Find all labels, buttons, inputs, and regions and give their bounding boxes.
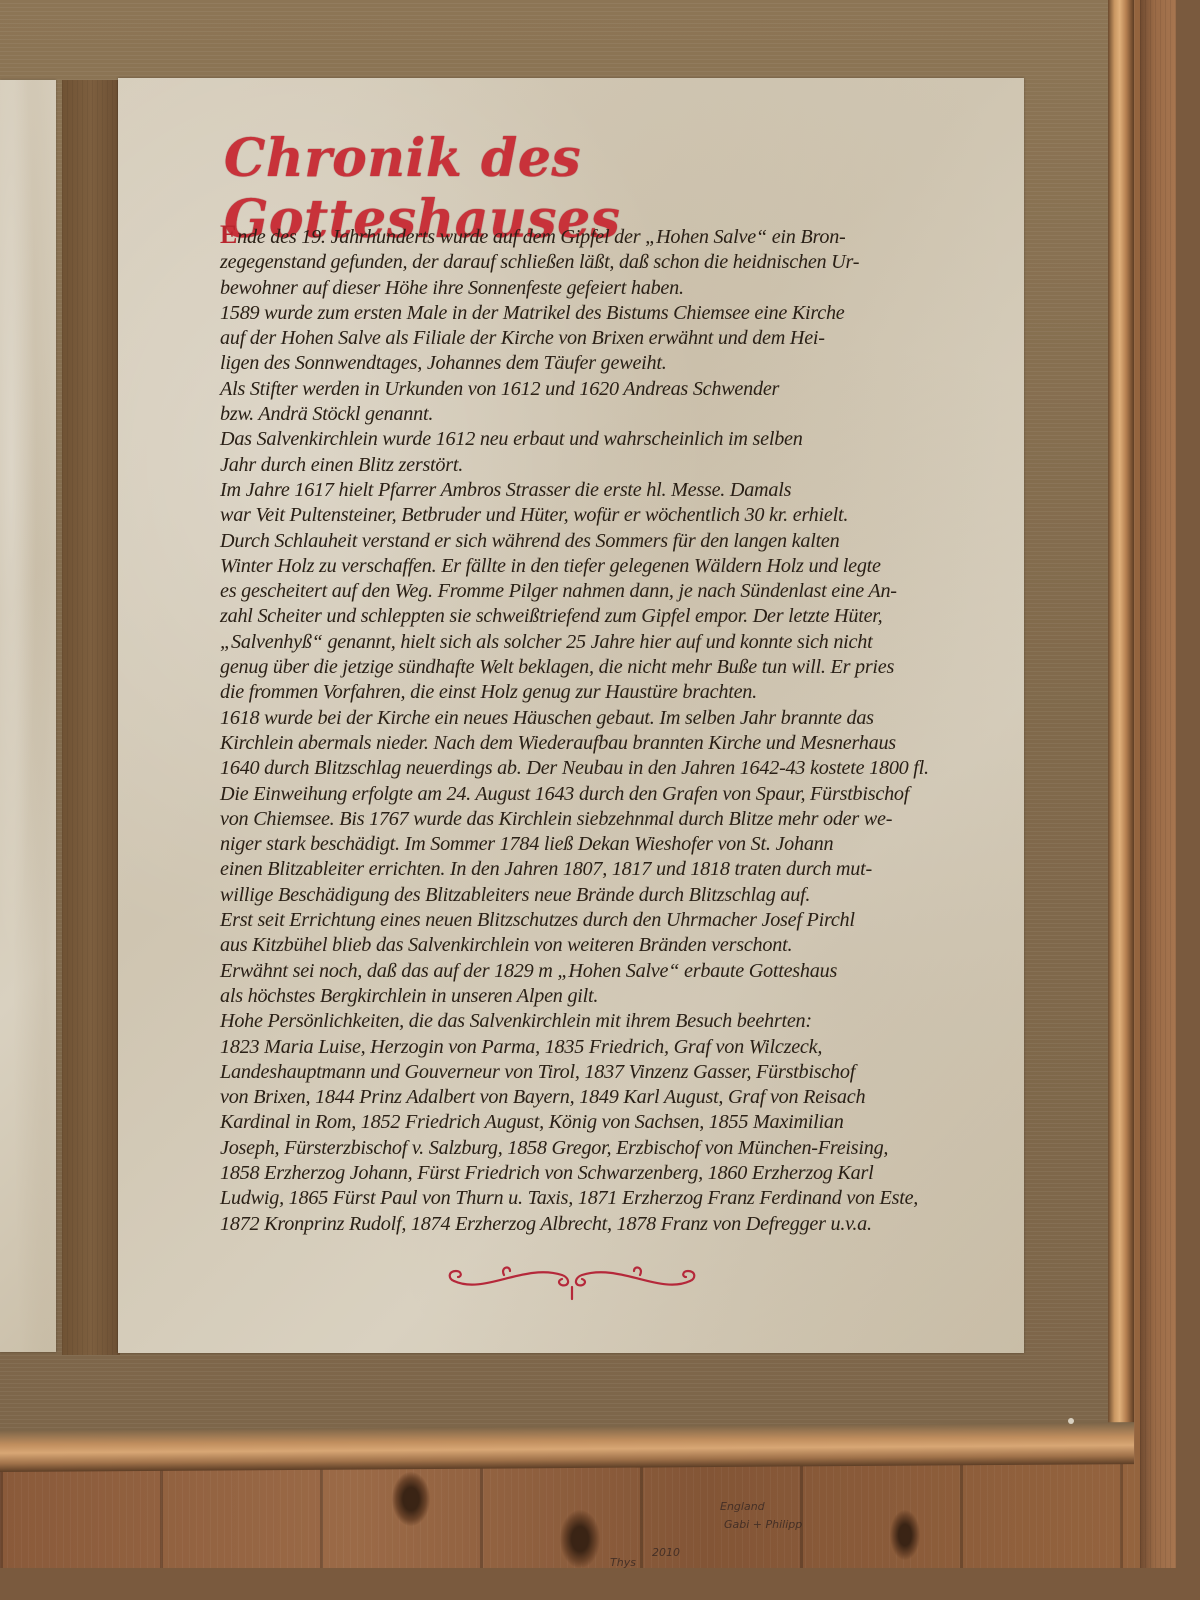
text-line: willige Beschädigung des Blitzableiters …	[220, 883, 980, 908]
text-line: Im Jahre 1617 hielt Pfarrer Ambros Stras…	[220, 478, 980, 503]
text-line: als höchstes Bergkirchlein in unseren Al…	[220, 984, 980, 1009]
text-line: Als Stifter werden in Urkunden von 1612 …	[220, 377, 980, 402]
text-line: niger stark beschädigt. Im Sommer 1784 l…	[220, 832, 980, 857]
text-line: 1589 wurde zum ersten Male in der Matrik…	[220, 301, 980, 326]
text-line: 1618 wurde bei der Kirche ein neues Häus…	[220, 706, 980, 731]
graffiti-text: 2010	[652, 1546, 680, 1559]
frame-nail	[1068, 1418, 1074, 1424]
text-line: von Brixen, 1844 Prinz Adalbert von Baye…	[220, 1085, 980, 1110]
text-line: Das Salvenkirchlein wurde 1612 neu erbau…	[220, 427, 980, 452]
text-line: 1640 durch Blitzschlag neuerdings ab. De…	[220, 756, 980, 781]
text-line: bewohner auf dieser Höhe ihre Sonnenfest…	[220, 276, 980, 301]
text-line: Ende des 19. Jahrhunderts wurde auf dem …	[220, 222, 980, 250]
text-line: Durch Schlauheit verstand er sich währen…	[220, 529, 980, 554]
text-line: bzw. Andrä Stöckl genannt.	[220, 402, 980, 427]
text-line: die frommen Vorfahren, die einst Holz ge…	[220, 680, 980, 705]
text-line: war Veit Pultensteiner, Betbruder und Hü…	[220, 503, 980, 528]
wooden-wall-right	[1140, 0, 1176, 1568]
wood-knot	[392, 1472, 430, 1526]
text-line: Erwähnt sei noch, daß das auf der 1829 m…	[220, 959, 980, 984]
text-line: Ludwig, 1865 Fürst Paul von Thurn u. Tax…	[220, 1186, 980, 1211]
wood-knot	[560, 1510, 600, 1568]
text-line: Erst seit Errichtung eines neuen Blitzsc…	[220, 908, 980, 933]
text-line: 1872 Kronprinz Rudolf, 1874 Erzherzog Al…	[220, 1212, 980, 1237]
text-line: Winter Holz zu verschaffen. Er fällte in…	[220, 554, 980, 579]
text-line: Joseph, Fürsterzbischof v. Salzburg, 185…	[220, 1136, 980, 1161]
text-line: Landeshauptmann und Gouverneur von Tirol…	[220, 1060, 980, 1085]
text-line: Hohe Persönlichkeiten, die das Salvenkir…	[220, 1009, 980, 1034]
text-line: 1858 Erzherzog Johann, Fürst Friedrich v…	[220, 1161, 980, 1186]
adjacent-parchment-sheet	[0, 80, 56, 1352]
text-line: einen Blitzableiter errichten. In den Ja…	[220, 857, 980, 882]
frame-divider	[62, 80, 120, 1355]
frame-molding-right	[1108, 0, 1134, 1462]
text-line: Die Einweihung erfolgte am 24. August 16…	[220, 782, 980, 807]
text-line: ligen des Sonnwendtages, Johannes dem Tä…	[220, 351, 980, 376]
text-line: zegegenstand gefunden, der darauf schlie…	[220, 250, 980, 275]
text-line: von Chiemsee. Bis 1767 wurde das Kirchle…	[220, 807, 980, 832]
graffiti-text: Gabi + Philipp	[724, 1518, 802, 1531]
text-line: Kirchlein abermals nieder. Nach dem Wied…	[220, 731, 980, 756]
drop-initial: E	[220, 220, 237, 249]
text-line: aus Kitzbühel blieb das Salvenkirchlein …	[220, 933, 980, 958]
chronicle-text: Ende des 19. Jahrhunderts wurde auf dem …	[220, 222, 980, 1237]
text-line: es gescheitert auf den Weg. Fromme Pilge…	[220, 579, 980, 604]
frame-molding-bottom	[0, 1422, 1134, 1472]
text-line: auf der Hohen Salve als Filiale der Kirc…	[220, 326, 980, 351]
graffiti-text: Thys	[610, 1556, 636, 1568]
flourish-ornament-icon	[444, 1253, 700, 1301]
text-line: Jahr durch einen Blitz zerstört.	[220, 453, 980, 478]
text-line: zahl Scheiter und schleppten sie schweiß…	[220, 604, 980, 629]
text-line: „Salvenhyß“ genannt, hielt sich als solc…	[220, 630, 980, 655]
text-line: genug über die jetzige sündhafte Welt be…	[220, 655, 980, 680]
text-line: Kardinal in Rom, 1852 Friedrich August, …	[220, 1110, 980, 1135]
graffiti-text: England	[720, 1500, 765, 1513]
wood-knot	[890, 1510, 920, 1560]
text-line: 1823 Maria Luise, Herzogin von Parma, 18…	[220, 1035, 980, 1060]
text-line-content: nde des 19. Jahrhunderts wurde auf dem G…	[237, 226, 845, 248]
